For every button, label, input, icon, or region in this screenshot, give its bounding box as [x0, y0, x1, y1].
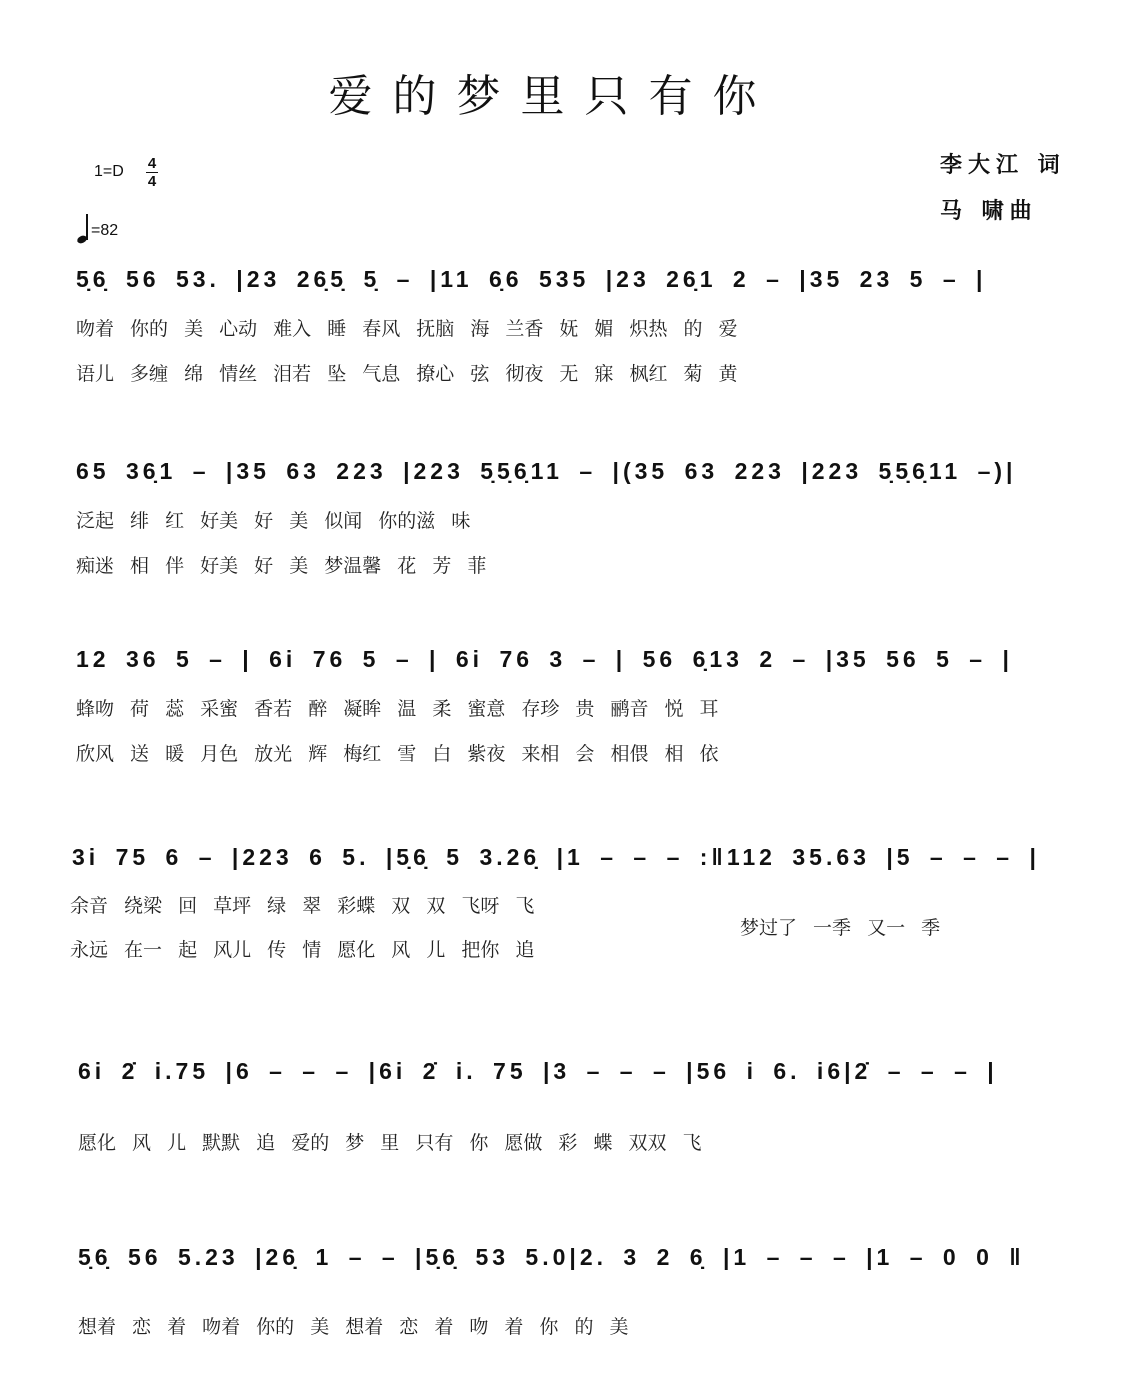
notes-line-2: 65 36̣1 – |35 63 223 |223 5̣5̣6̣11 – |(3… — [76, 458, 1017, 485]
lyrics-line-3-verse-2: 欣风 送 暖 月色 放光 辉 梅红 雪 白 紫夜 来相 会 相偎 相 依 — [76, 739, 719, 766]
notes-line-1: 5̣6̣ 56 53. |23 26̣5̣ 5̣ – |11 6̣6 535 |… — [76, 266, 986, 293]
lyrics-line-2-verse-2: 痴迷 相 伴 好美 好 美 梦温馨 花 芳 菲 — [76, 551, 486, 578]
notes-line-5: 6i 2̇ i.75 |6 – – – |6i 2̇ i. 75 |3 – – … — [78, 1058, 998, 1085]
lyrics-line-4-refrain: 梦过了 一季 又一 季 — [740, 913, 940, 940]
lyrics-line-4-verse-1: 余音 绕梁 回 草坪 绿 翠 彩蝶 双 双 飞呀 飞 — [70, 891, 534, 918]
lyrics-line-1-verse-2: 语儿 多缠 绵 情丝 泪若 坠 气息 撩心 弦 彻夜 无 寐 枫红 菊 黄 — [76, 359, 738, 386]
tempo-value: =82 — [91, 222, 118, 239]
song-title: 爱的梦里只有你 — [0, 60, 1105, 124]
lyricist-credit: 李大江 词 — [940, 148, 1066, 179]
time-signature-bottom: 4 — [148, 173, 156, 190]
time-signature: 4 4 — [146, 156, 158, 189]
lyrics-line-3-verse-1: 蜂吻 荷 蕊 采蜜 香若 醉 凝眸 温 柔 蜜意 存珍 贵 鹂音 悦 耳 — [76, 694, 719, 721]
lyrics-line-1-verse-1: 吻着 你的 美 心动 难入 睡 春风 抚脑 海 兰香 妩 媚 炽热 的 爱 — [76, 314, 738, 341]
composer-credit: 马 啸曲 — [940, 194, 1038, 225]
key-signature: 1=D — [94, 163, 124, 181]
notes-line-4: 3i 75 6 – |223 6 5. |5̣6̣ 5 3.26̣ |1 – –… — [72, 844, 1040, 871]
time-signature-top: 4 — [148, 155, 156, 172]
notes-line-6: 5̣6̣ 56 5.23 |26̣ 1 – – |5̣6̣ 53 5.0|2. … — [78, 1244, 1025, 1271]
notes-line-3: 12 36 5 – | 6i 76 5 – | 6i 76 3 – | 56 6… — [76, 646, 1013, 673]
lyrics-line-6: 想着 恋 着 吻着 你的 美 想着 恋 着 吻 着 你 的 美 — [78, 1312, 629, 1339]
lyrics-line-4-verse-2: 永远 在一 起 风儿 传 情 愿化 风 儿 把你 追 — [70, 935, 534, 962]
lyrics-line-5: 愿化 风 儿 默默 追 爱的 梦 里 只有 你 愿做 彩 蝶 双双 飞 — [78, 1128, 702, 1155]
quarter-note-icon — [86, 214, 88, 240]
lyrics-line-2-verse-1: 泛起 绯 红 好美 好 美 似闻 你的滋 味 — [76, 506, 470, 533]
tempo-marking: =82 — [86, 214, 118, 240]
